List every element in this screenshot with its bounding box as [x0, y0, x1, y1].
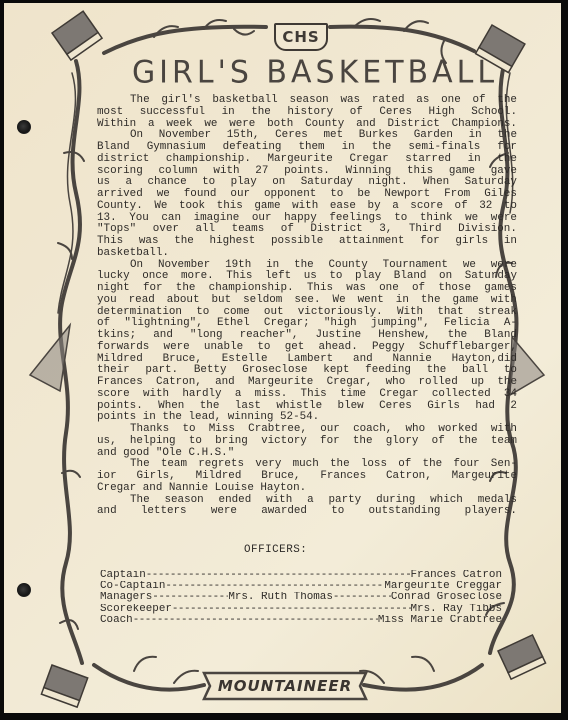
mountaineer-banner: MOUNTAINEER — [210, 674, 360, 698]
article-line: scorewithhardlyamiss.ThistimeCregarcolle… — [97, 389, 517, 401]
article-line: iorGirls,MildredBruce,FrancesCatron,Marg… — [97, 471, 517, 483]
officer-row: Captain---------------------------------… — [100, 570, 502, 581]
officer-row: Scorekeeper-----------------------------… — [100, 604, 502, 615]
article-line: BlandGymnasiumdefeatingtheminthesemi-fin… — [97, 142, 517, 154]
article-line: youreadaboutbutseldomsee.Wewentinthegame… — [97, 295, 517, 307]
article-line: nightforthechampionship.Thiswasoneofthos… — [97, 283, 517, 295]
page-title: GIRL'S BASKETBALL — [130, 54, 500, 91]
officer-row: Co-Captain------------------------------… — [100, 581, 502, 592]
officer-role: Captain — [100, 570, 146, 581]
article-line: Cregar and Nannie Louise Hayton. — [97, 483, 517, 495]
officer-row: Coach-----------------------------------… — [100, 615, 502, 626]
article-line: ThankstoMissCrabtree,ourcoach,whoworkedw… — [97, 424, 517, 436]
article-line: arrivedwefoundouropponenttobeNewportFrom… — [97, 189, 517, 201]
article-line: County.Wetookthisgamewitheasebyascoreof3… — [97, 201, 517, 213]
officer-name: Frances Catron — [411, 570, 503, 581]
yearbook-page: CHS GIRL'S BASKETBALL Thegirl'sbasketbal… — [4, 3, 561, 713]
officer-name: Conrad Groseclose — [391, 592, 502, 603]
article-line: andletterswereawardedtooutstandingplayer… — [97, 506, 517, 518]
officer-row: Managers--------------------------------… — [100, 592, 502, 603]
article-line: us,helpingtobringvictoryforthegloryofthe… — [97, 436, 517, 448]
article-line: forwardswereunabletogetahead.PeggySchuff… — [97, 342, 517, 354]
officer-name: Margeurite Creggar — [384, 581, 502, 592]
officers-list: Captain---------------------------------… — [100, 570, 502, 626]
officer-name: Mrs. Ray Tibbs — [411, 604, 503, 615]
article-line: Thegirl'sbasketballseasonwasratedasoneof… — [97, 95, 517, 107]
article-body: Thegirl'sbasketballseasonwasratedasoneof… — [97, 95, 517, 518]
officer-name: Miss Marie Crabtree — [378, 615, 502, 626]
article-line: tkins;and"longreacher",JustineHenshew,th… — [97, 330, 517, 342]
chs-badge: CHS — [274, 23, 328, 51]
article-line: FrancesCatron,andMargeuriteCregar,whorol… — [97, 377, 517, 389]
officer-name: Mrs. Ruth Thomas — [228, 592, 333, 603]
officer-role: Scorekeeper — [100, 604, 172, 615]
officer-role: Managers — [100, 592, 152, 603]
officer-role: Coach — [100, 615, 133, 626]
officers-heading: OFFICERS: — [244, 544, 307, 556]
article-line: Thiswasthehighestpossibleattainmentforgi… — [97, 236, 517, 248]
article-line: basketball. — [97, 248, 517, 260]
article-line: mostsuccessfulinthehistoryofCeresHighSch… — [97, 107, 517, 119]
officer-role: Co-Captain — [100, 581, 165, 592]
article-line: districtchampionship.MargeuriteCregarsta… — [97, 154, 517, 166]
